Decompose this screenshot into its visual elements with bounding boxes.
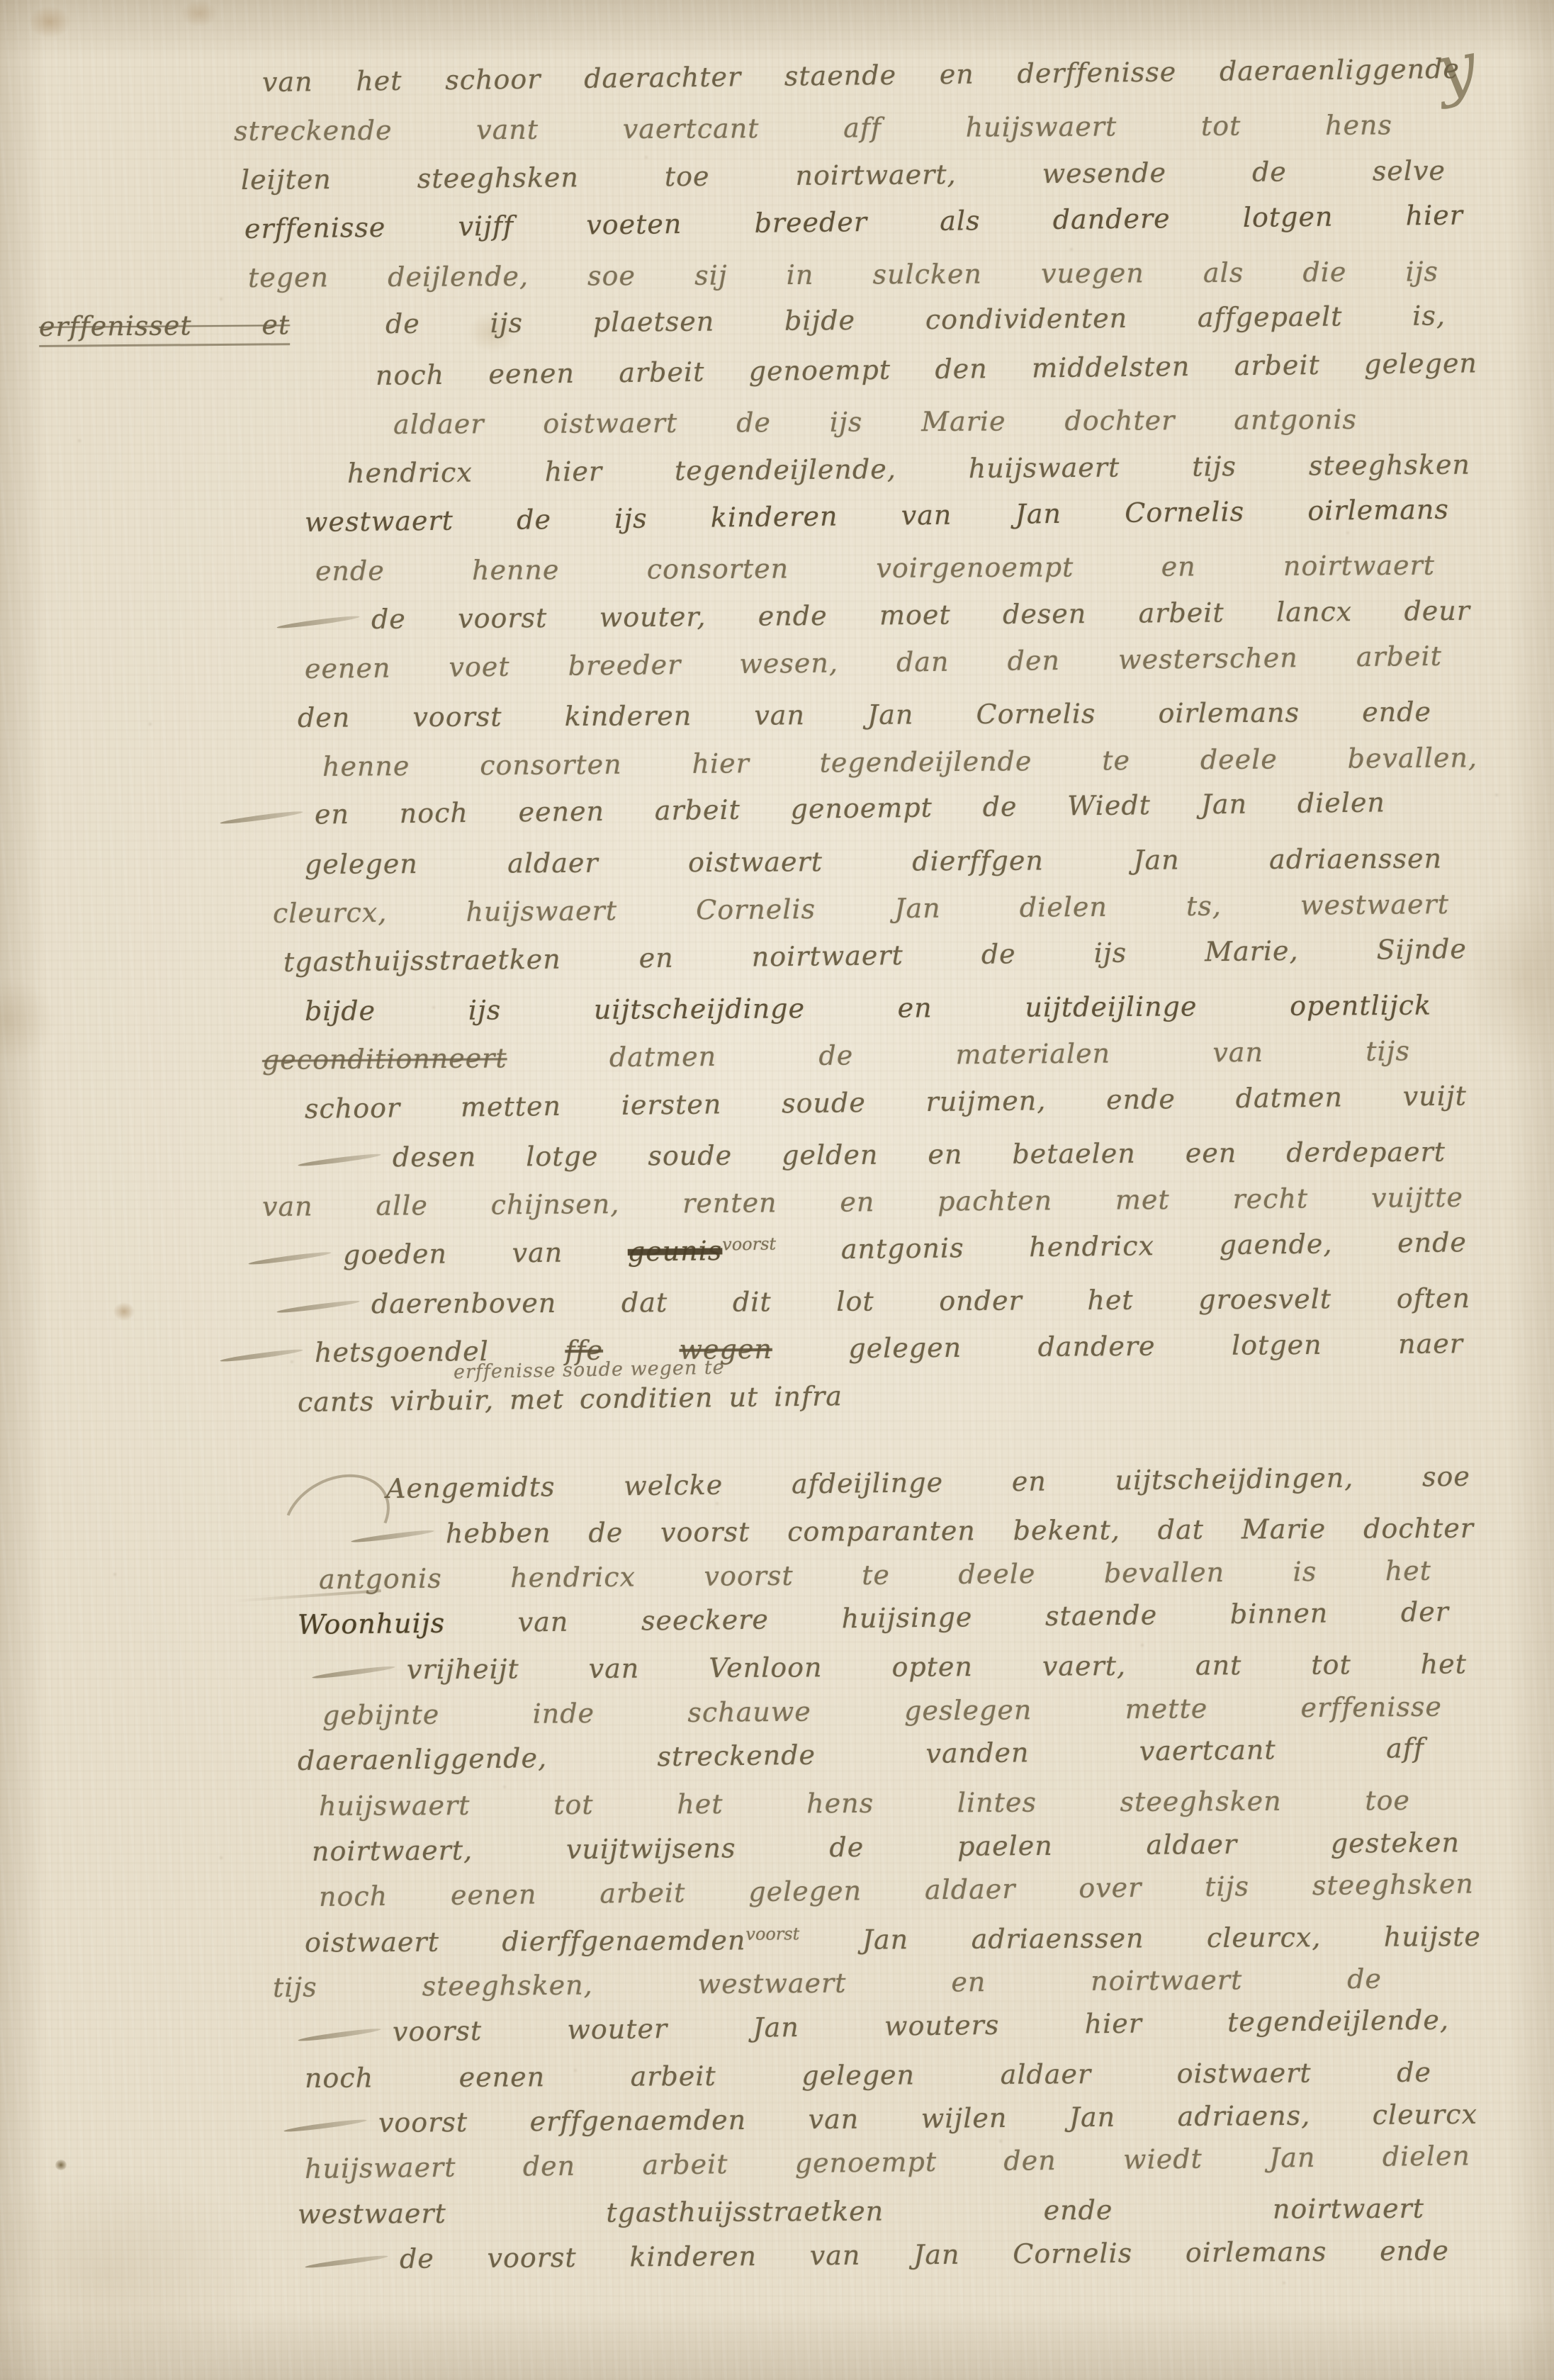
manuscript-line: noch eenen arbeit gelegen aldaer over ti…	[319, 1869, 1474, 1913]
line-text: bijde ijs uijtscheijdinge en uijtdeijlin…	[305, 990, 1431, 1027]
manuscript-line: eenen voet breeder wesen, dan den wester…	[305, 641, 1442, 685]
manuscript-line: tegen deijlende, soe sij in sulcken vueg…	[248, 256, 1438, 293]
line-text: noch eenen arbeit gelegen aldaer over ti…	[319, 1868, 1474, 1912]
bold-ink-word: Woonhuijs	[298, 1608, 446, 1640]
manuscript-line: cants virbuir, met conditien ut infra	[298, 1380, 896, 1418]
line-text: aldaer oistwaert de ijs Marie dochter an…	[393, 404, 1357, 440]
line-text: henne consorten hier tegendeijlende te d…	[322, 742, 1477, 782]
manuscript-line: desen lotge soude gelden en betaelen een…	[298, 1137, 1446, 1174]
line-text: Jan adriaenssen cleurcx, huijste	[862, 1921, 1481, 1956]
paper-stain	[113, 1302, 135, 1321]
manuscript-line: schoor metten iersten soude ruijmen, end…	[305, 1081, 1467, 1124]
line-text: cants virbuir, met conditien ut infra	[298, 1380, 843, 1418]
line-text: ende henne consorten voirgenoempt en noi…	[315, 550, 1435, 587]
line-text: erffenisse vijff voeten breeder als dand…	[244, 199, 1463, 244]
manuscript-line: henne consorten hier tegendeijlende te d…	[322, 743, 1477, 782]
manuscript-line: de voorst wouter, ende moet desen arbeit…	[276, 596, 1470, 636]
manuscript-line: vrijheijt van Venloon opten vaert, ant t…	[312, 1649, 1467, 1686]
line-text: oistwaert dierffgenaemden	[305, 1924, 746, 1958]
line-text: tijs steeghsken, westwaert en noirtwaert…	[273, 1963, 1382, 2003]
manuscript-line: aldaer oistwaert de ijs Marie dochter an…	[393, 405, 1357, 441]
manuscript-line: voorst wouter Jan wouters hier tegendeij…	[298, 2005, 1449, 2049]
line-text: tegen deijlende, soe sij in sulcken vueg…	[248, 256, 1438, 293]
manuscript-line: leijten steeghsken toe noirtwaert, wesen…	[241, 156, 1446, 196]
manuscript-line: tgasthuijsstraetken en noirtwaert de ijs…	[283, 934, 1467, 978]
manuscript-line: hetsgoendel ffe wegen gelegen dandere lo…	[220, 1329, 1463, 1369]
manuscript-line: oistwaert dierffgenaemdenvoorst Jan adri…	[305, 1921, 1481, 1958]
manuscript-line: erffenisset et de ijs plaetsen bijde con…	[39, 300, 1446, 342]
line-text: van alle chijnsen, renten en pachten met…	[262, 1182, 1463, 1222]
line-text: daeraenliggende, streckende vanden vaert…	[298, 1732, 1424, 1776]
line-text: westwaert de ijs kinderen van Jan Cornel…	[305, 494, 1449, 538]
line-text: hebben de voorst comparanten bekent, dat…	[446, 1513, 1474, 1550]
manuscript-line: westwaert de ijs kinderen van Jan Cornel…	[305, 495, 1449, 538]
line-text: huijswaert tot het hens lintes steeghske…	[319, 1785, 1410, 1822]
line-text: westwaert tgasthuijsstraetken ende noirt…	[298, 2193, 1424, 2230]
manuscript-line: van het schoor daerachter staende en der…	[262, 54, 1460, 98]
line-text: antgonis hendricx gaende, ende	[841, 1226, 1468, 1265]
manuscript-page: y van het schoor daerachter staende en d…	[0, 0, 1554, 2380]
manuscript-line: en noch eenen arbeit genoempt de Wiedt J…	[220, 787, 1385, 831]
paper-stain	[0, 2168, 269, 2380]
line-text: goeden van	[343, 1237, 563, 1271]
paper-stain	[28, 6, 71, 38]
paper-stain	[0, 978, 57, 1063]
manuscript-line: voorst erffgenaemden van wijlen Jan adri…	[283, 2099, 1477, 2140]
line-text: den voorst kinderen van Jan Cornelis oir…	[298, 696, 1431, 733]
struck-text: geunis	[628, 1235, 723, 1268]
line-text: en noch eenen arbeit genoempt de Wiedt J…	[315, 786, 1385, 830]
manuscript-line: Woonhuijs van seeckere huijsinge staende…	[298, 1597, 1449, 1641]
manuscript-line: bijde ijs uijtscheijdinge en uijtdeijlin…	[305, 991, 1431, 1027]
manuscript-line: daeraenliggende, streckende vanden vaert…	[298, 1733, 1424, 1777]
line-text: voorst wouter Jan wouters hier tegendeij…	[393, 2004, 1449, 2048]
paper-stain	[55, 2160, 67, 2170]
manuscript-line: gelegen aldaer oistwaert dierffgen Jan a…	[305, 844, 1442, 881]
line-text: gelegen aldaer oistwaert dierffgen Jan a…	[305, 843, 1442, 880]
manuscript-line: de voorst kinderen van Jan Cornelis oirl…	[305, 2235, 1449, 2275]
line-text: de ijs plaetsen bijde condividenten affg…	[385, 300, 1446, 339]
paper-stain	[1460, 886, 1554, 1070]
line-text: noch eenen arbeit gelegen aldaer oistwae…	[305, 2057, 1431, 2094]
manuscript-line: erffenisse vijff voeten breeder als dand…	[244, 200, 1463, 244]
line-text: antgonis hendricx voorst te deele bevall…	[319, 1555, 1431, 1595]
manuscript-line: daerenboven dat dit lot onder het groesv…	[276, 1283, 1470, 1321]
line-text: noirtwaert, vuijtwijsens de paelen aldae…	[312, 1827, 1460, 1867]
manuscript-line: hendricx hier tegendeijlende, huijswaert…	[347, 450, 1470, 490]
manuscript-line: geconditionneert datmen de materialen va…	[262, 1036, 1410, 1076]
manuscript-line: goeden van geunisvoorst antgonis hendric…	[248, 1226, 1467, 1272]
paper-speckles	[0, 0, 1, 1]
interline-insertion: erffenisse soude wegen te	[454, 1357, 725, 1384]
line-text: Aengemidts welcke afdeijlinge en uijtsch…	[386, 1461, 1470, 1504]
manuscript-line: noch eenen arbeit genoempt den middelste…	[376, 348, 1477, 391]
manuscript-line: ende henne consorten voirgenoempt en noi…	[315, 551, 1435, 587]
manuscript-line: noirtwaert, vuijtwijsens de paelen aldae…	[312, 1827, 1460, 1867]
interline-correction: voorst	[722, 1234, 776, 1255]
line-text: eenen voet breeder wesen, dan den wester…	[305, 641, 1442, 684]
line-text: de voorst wouter, ende moet desen arbeit…	[371, 595, 1470, 635]
line-text: gebijnte inde schauwe geslegen mette erf…	[322, 1691, 1442, 1731]
line-text: van seeckere huijsinge staende binnen de…	[517, 1596, 1449, 1638]
line-text: huijswaert den arbeit genoempt den wiedt…	[305, 2140, 1470, 2184]
manuscript-line: noch eenen arbeit gelegen aldaer oistwae…	[305, 2058, 1431, 2094]
manuscript-line: antgonis hendricx voorst te deele bevall…	[319, 1556, 1431, 1596]
line-text: de voorst kinderen van Jan Cornelis oirl…	[400, 2235, 1449, 2274]
interline-correction: voorst	[745, 1924, 799, 1944]
line-text: desen lotge soude gelden en betaelen een…	[393, 1137, 1446, 1173]
line-text: daerenboven dat dit lot onder het groesv…	[371, 1282, 1470, 1319]
manuscript-line: huijswaert tot het hens lintes steeghske…	[319, 1786, 1410, 1822]
manuscript-line: van alle chijnsen, renten en pachten met…	[262, 1183, 1463, 1223]
line-text: streckende vant vaertcant aff huijswaert…	[234, 109, 1392, 147]
struck-text: geconditionneert	[262, 1042, 507, 1076]
manuscript-line: huijswaert den arbeit genoempt den wiedt…	[305, 2141, 1470, 2184]
line-text: noch eenen arbeit genoempt den middelste…	[376, 347, 1477, 391]
line-text: schoor metten iersten soude ruijmen, end…	[305, 1080, 1467, 1124]
manuscript-line: Aengemidts welcke afdeijlinge en uijtsch…	[386, 1462, 1470, 1505]
line-text: hendricx hier tegendeijlende, huijswaert…	[347, 449, 1470, 489]
manuscript-line: streckende vant vaertcant aff huijswaert…	[234, 110, 1392, 147]
manuscript-line: tijs steeghsken, westwaert en noirtwaert…	[273, 1964, 1382, 2004]
line-text: tgasthuijsstraetken en noirtwaert de ijs…	[283, 933, 1467, 978]
margin-note: erffenisset et	[39, 309, 291, 347]
line-text: cleurcx, huijswaert Cornelis Jan dielen …	[273, 889, 1449, 929]
paper-stain	[181, 0, 218, 27]
line-text: vrijheijt van Venloon opten vaert, ant t…	[407, 1648, 1467, 1685]
line-text: voorst erffgenaemden van wijlen Jan adri…	[378, 2099, 1477, 2138]
manuscript-line: den voorst kinderen van Jan Cornelis oir…	[298, 697, 1431, 734]
manuscript-line: westwaert tgasthuijsstraetken ende noirt…	[298, 2194, 1424, 2230]
line-text: datmen de materialen van tijs	[609, 1035, 1410, 1073]
line-text: leijten steeghsken toe noirtwaert, wesen…	[241, 155, 1446, 196]
manuscript-line: gebijnte inde schauwe geslegen mette erf…	[322, 1692, 1442, 1732]
line-text: gelegen dandere lotgen naer	[848, 1328, 1463, 1364]
manuscript-line: hebben de voorst comparanten bekent, dat…	[351, 1513, 1474, 1550]
line-text: van het schoor daerachter staende en der…	[262, 53, 1460, 98]
manuscript-line: cleurcx, huijswaert Cornelis Jan dielen …	[273, 889, 1449, 930]
